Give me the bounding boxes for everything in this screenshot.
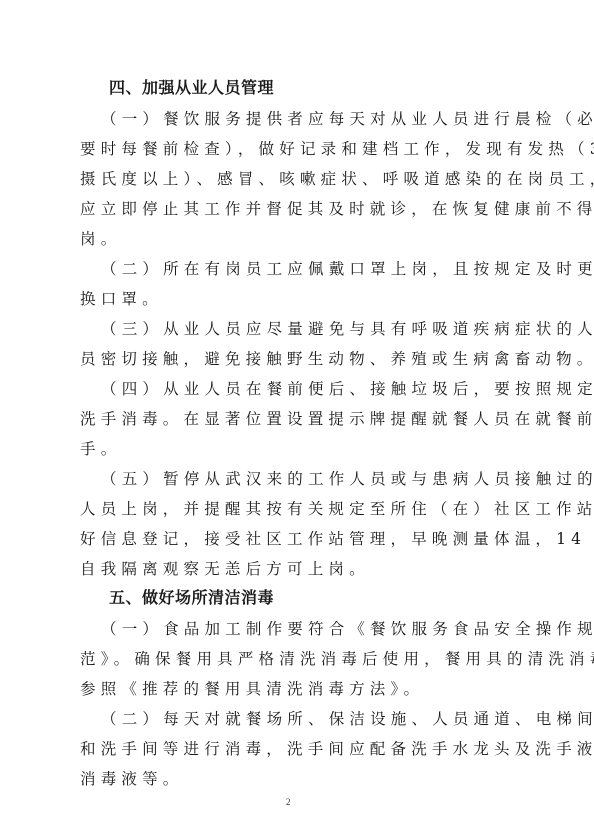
paragraph-line: 应立即停止其工作并督促其及时就诊，在恢复健康前不得上 (80, 199, 510, 219)
paragraph-line: 自我隔离观察无恙后方可上岗。 (80, 559, 510, 579)
paragraph-line: （五）暂停从武汉来的工作人员或与患病人员接触过的 (101, 469, 531, 489)
paragraph-line: 消毒液等。 (80, 769, 510, 789)
paragraph-line: 手。 (80, 439, 510, 459)
paragraph-line: （二）所在有岗员工应佩戴口罩上岗，且按规定及时更 (101, 259, 531, 279)
paragraph-line: 员密切接触，避免接触野生动物、养殖或生病禽畜动物。 (80, 349, 510, 369)
paragraph-line: 范》。确保餐用具严格清洗消毒后使用，餐用具的清洗消毒 (80, 649, 510, 669)
paragraph-line: 参照《推荐的餐用具清洗消毒方法》。 (80, 679, 510, 699)
paragraph-line: 人员上岗，并提醒其按有关规定至所住（在）社区工作站做 (80, 499, 510, 519)
document-page: 四、加强从业人员管理 （一）餐饮服务提供者应每天对从业人员进行晨检（必 要时每餐… (0, 0, 594, 837)
paragraph-line: 和洗手间等进行消毒，洗手间应配备洗手水龙头及洗手液、 (80, 739, 510, 759)
paragraph-line: （四）从业人员在餐前便后、接触垃圾后，要按照规定 (101, 379, 531, 399)
paragraph-line: （一）食品加工制作要符合《餐饮服务食品安全操作规 (101, 619, 531, 639)
paragraph-line: （二）每天对就餐场所、保洁设施、人员通道、电梯间 (101, 709, 531, 729)
paragraph-line: 好信息登记，接受社区工作站管理，早晚测量体温，14 天内 (80, 529, 510, 549)
paragraph-line: 换口罩。 (80, 289, 510, 309)
section-heading: 四、加强从业人员管理 (109, 78, 274, 98)
paragraph-line: 岗。 (80, 229, 510, 249)
paragraph-line: （三）从业人员应尽量避免与具有呼吸道疾病症状的人 (101, 319, 531, 339)
page-number: 2 (286, 797, 291, 807)
paragraph-line: 要时每餐前检查），做好记录和建档工作，发现有发热（37.3 (80, 139, 510, 159)
paragraph-line: 洗手消毒。在显著位置设置提示牌提醒就餐人员在就餐前洗 (80, 409, 510, 429)
section-heading: 五、做好场所清洁消毒 (109, 588, 274, 608)
paragraph-line: （一）餐饮服务提供者应每天对从业人员进行晨检（必 (101, 109, 531, 129)
paragraph-line: 摄氏度以上）、感冒、咳嗽症状、呼吸道感染的在岗员工， (80, 169, 510, 189)
